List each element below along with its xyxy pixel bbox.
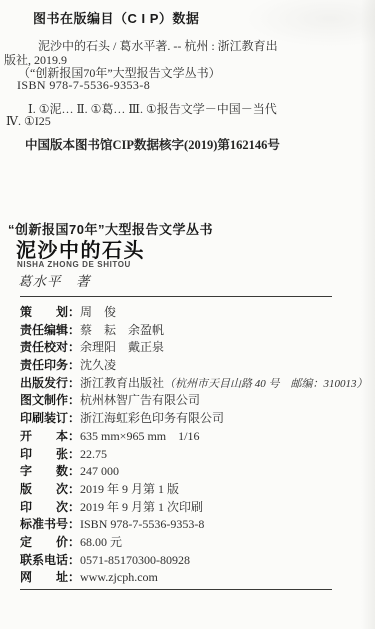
colophon-row-printing-company: 印刷装订：浙江海虹彩色印务有限公司	[20, 410, 365, 428]
divider-top	[20, 296, 332, 297]
cip-record-line-1: 泥沙中的石头 / 葛水平著. -- 杭州 : 浙江教育出	[38, 37, 278, 54]
colophon-value: ISBN 978-7-5536-9353-8	[80, 517, 204, 531]
cip-registry-number: 中国版本图书馆CIP数据核字(2019)第162146号	[25, 135, 280, 153]
colophon-label: 策 划：	[20, 305, 80, 319]
colophon-row-format: 开 本：635 mm×965 mm 1/16	[20, 428, 365, 446]
colophon-label: 开 本：	[20, 429, 80, 443]
colophon-label: 印 张：	[20, 447, 80, 461]
colophon-label: 责任校对：	[20, 340, 80, 354]
cip-classification-line-2: Ⅳ. ①I25	[6, 114, 51, 129]
colophon-value: www.zjcph.com	[80, 570, 158, 584]
colophon-label: 联系电话：	[20, 553, 80, 567]
colophon-value: 2019 年 9 月第 1 次印刷	[80, 500, 203, 514]
colophon-row-word-count: 字 数：247 000	[20, 463, 365, 481]
colophon-label: 印刷装订：	[20, 411, 80, 425]
colophon-label: 责任编辑：	[20, 323, 80, 337]
colophon-value: 635 mm×965 mm 1/16	[80, 429, 199, 443]
colophon-label: 图文制作：	[20, 393, 80, 407]
colophon-row-sheets: 印 张：22.75	[20, 446, 365, 464]
colophon-row-editor: 责任编辑：蔡 耘 余盈帆	[20, 322, 365, 340]
colophon-value: 247 000	[80, 464, 119, 478]
colophon-row-isbn: 标准书号：ISBN 978-7-5536-9353-8	[20, 516, 365, 534]
colophon-value: 蔡 耘 余盈帆	[80, 323, 164, 337]
colophon-row-edition: 版 次：2019 年 9 月第 1 版	[20, 481, 365, 499]
colophon-value: 68.00 元	[80, 535, 122, 549]
colophon-value: 周 俊	[80, 305, 116, 319]
book-copyright-page: 图书在版编目（C I P）数据 泥沙中的石头 / 葛水平著. -- 杭州 : 浙…	[0, 0, 375, 629]
colophon-value: 2019 年 9 月第 1 版	[80, 482, 179, 496]
publisher-address-note: （杭州市天目山路 40 号 邮编：310013）	[164, 378, 368, 390]
colophon-value: 0571-85170300-80928	[80, 553, 190, 567]
divider-bottom	[20, 589, 332, 590]
colophon-label: 版 次：	[20, 482, 80, 496]
book-title: 泥沙中的石头	[16, 234, 145, 263]
colophon-row-phone: 联系电话：0571-85170300-80928	[20, 552, 365, 570]
colophon-label: 印 次：	[20, 500, 80, 514]
cip-isbn-line: ISBN 978-7-5536-9353-8	[17, 78, 150, 93]
colophon-label: 出版发行：	[20, 376, 80, 390]
book-title-pinyin: NISHA ZHONG DE SHITOU	[17, 260, 131, 269]
colophon-list: 策 划：周 俊 责任编辑：蔡 耘 余盈帆 责任校对：余理阳 戴正泉 责任印务：沈…	[20, 304, 365, 587]
colophon-label: 定 价：	[20, 535, 80, 549]
colophon-row-website: 网 址：www.zjcph.com	[20, 569, 365, 587]
colophon-row-proofreader: 责任校对：余理阳 戴正泉	[20, 339, 365, 357]
colophon-row-impression: 印 次：2019 年 9 月第 1 次印刷	[20, 499, 365, 517]
colophon-label: 标准书号：	[20, 517, 80, 531]
colophon-value: 浙江海虹彩色印务有限公司	[80, 411, 224, 425]
cip-classification-line-1: Ⅰ. ①泥… Ⅱ. ①葛… Ⅲ. ①报告文学－中国－当代	[28, 100, 277, 117]
colophon-label: 责任印务：	[20, 358, 80, 372]
colophon-value: 22.75	[80, 447, 107, 461]
colophon-value: 余理阳 戴正泉	[80, 340, 164, 354]
colophon-value: 杭州林智广告有限公司	[80, 393, 200, 407]
colophon-row-print-supervisor: 责任印务：沈久凌	[20, 357, 365, 375]
cip-header: 图书在版编目（C I P）数据	[33, 8, 199, 27]
colophon-label: 字 数：	[20, 464, 80, 478]
colophon-row-price: 定 价：68.00 元	[20, 534, 365, 552]
colophon-value: 浙江教育出版社	[80, 376, 164, 390]
book-author: 葛水平 著	[18, 270, 91, 290]
colophon-row-publisher: 出版发行：浙江教育出版社（杭州市天目山路 40 号 邮编：310013）	[20, 375, 365, 393]
colophon-row-layout-company: 图文制作：杭州林智广告有限公司	[20, 392, 365, 410]
colophon-value: 沈久凌	[80, 358, 116, 372]
colophon-label: 网 址：	[20, 570, 80, 584]
colophon-row-planner: 策 划：周 俊	[20, 304, 365, 322]
